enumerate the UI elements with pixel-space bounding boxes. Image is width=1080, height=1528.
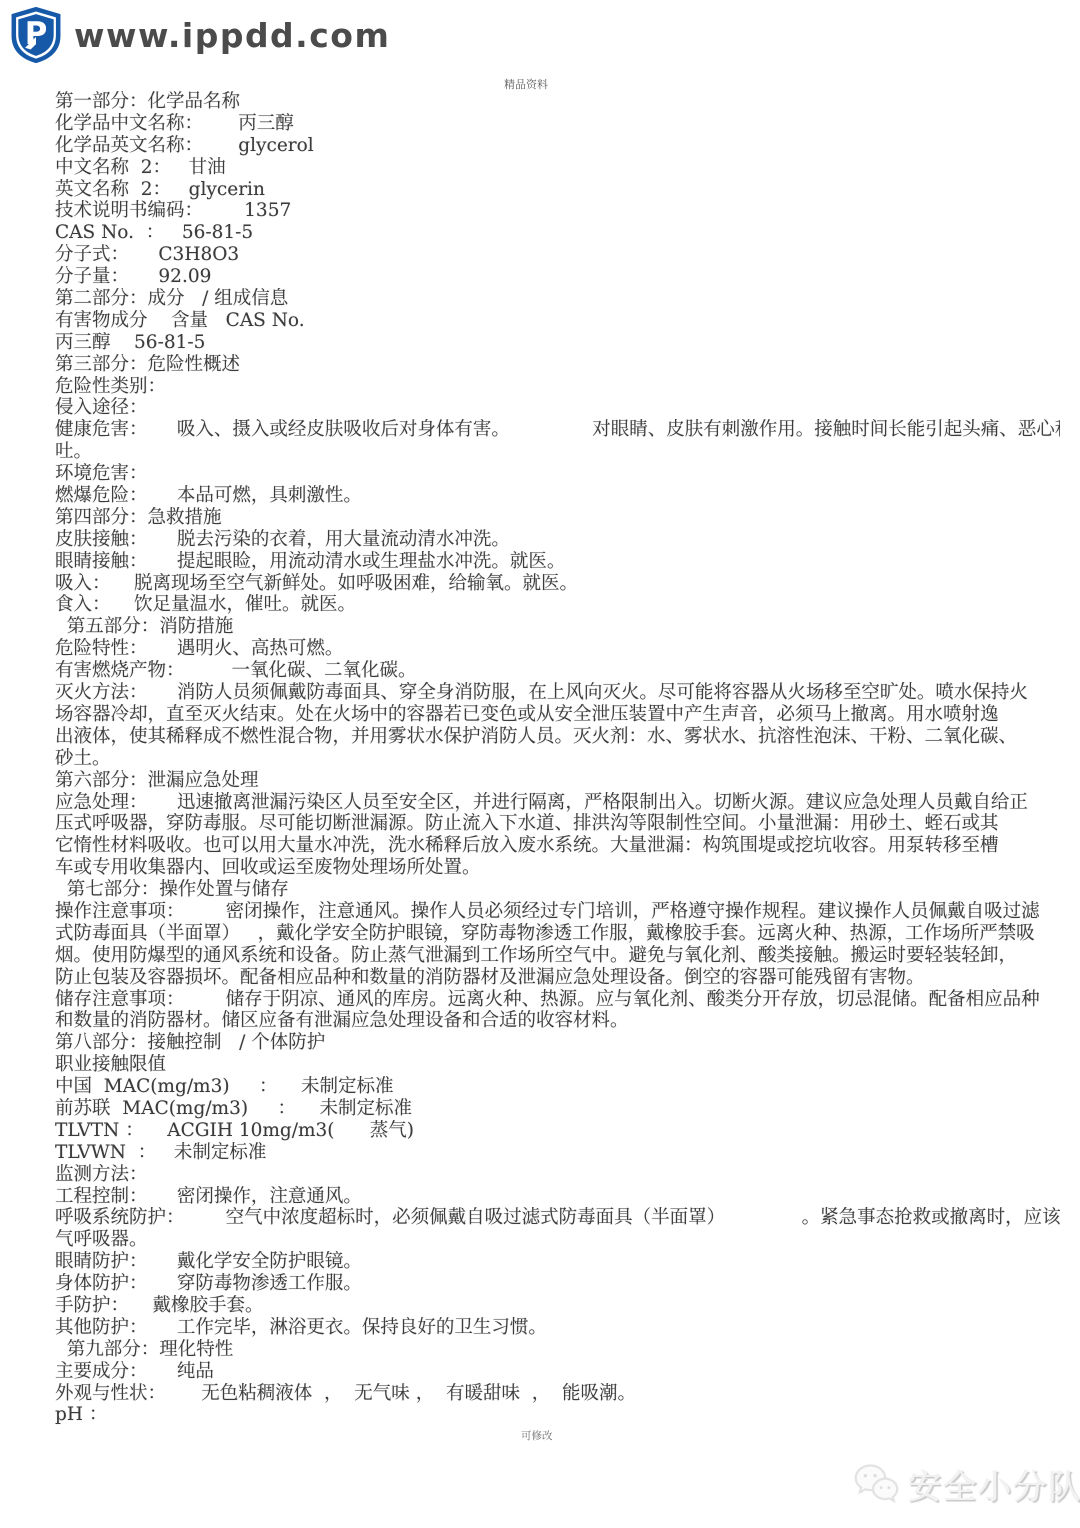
document-line: 压式呼吸器，穿防毒服。尽可能切断泄漏源。防止流入下水道、排洪沟等限制性空间。小量… [55,813,1060,835]
document-line: 手防护： 戴橡胶手套。 [55,1295,1060,1317]
document-line: 眼睛防护： 戴化学安全防护眼镜。 [55,1251,1060,1273]
document-line: 工程控制： 密闭操作，注意通风。 [55,1186,1060,1208]
document-line: 食入： 饮足量温水，催吐。就医。 [55,594,1060,616]
document-line: 职业接触限值 [55,1054,1060,1076]
document-line: CAS No. ： 56-81-5 [55,222,1060,244]
document-line: 化学品中文名称： 丙三醇 [55,113,1060,135]
document-line: pH ： [55,1404,1060,1426]
msds-document-body: 第一部分：化学品名称化学品中文名称： 丙三醇化学品英文名称： glycerol中… [55,91,1060,1426]
document-line: 场容器冷却，直至灭火结束。处在火场中的容器若已变色或从安全泄压装置中产生声音，必… [55,704,1060,726]
document-line: 主要成分： 纯品 [55,1361,1060,1383]
document-line: 呼吸系统防护： 空气中浓度超标时，必须佩戴自吸过滤式防毒面具（半面罩） 。紧急事… [55,1207,1060,1229]
document-line: 操作注意事项： 密闭操作，注意通风。操作人员必须经过专门培训，严格遵守操作规程。… [55,901,1060,923]
document-line: 吸入： 脱离现场至空气新鲜处。如呼吸困难，给输氧。就医。 [55,573,1060,595]
document-line: 眼睛接触： 提起眼睑，用流动清水或生理盐水冲洗。就医。 [55,551,1060,573]
document-line: 外观与性状： 无色粘稠液体 ， 无气味 ， 有暖甜味 ， 能吸潮。 [55,1383,1060,1405]
document-line: TLVTN ： ACGIH 10mg/m3( 蒸气) [55,1120,1060,1142]
document-line: 第六部分：泄漏应急处理 [55,770,1060,792]
document-line: 危险性类别： [55,376,1060,398]
document-line: 健康危害： 吸入、摄入或经皮肤吸收后对身体有害。 对眼睛、皮肤有刺激作用。接触时… [55,419,1060,441]
document-line: 身体防护： 穿防毒物渗透工作服。 [55,1273,1060,1295]
stamp-label: 安全小分队 [908,1461,1080,1508]
document-line: 危险特性： 遇明火、高热可燃。 [55,638,1060,660]
wechat-chat-bubbles-icon [852,1460,900,1508]
document-line: 式防毒面具（半面罩） ，戴化学安全防护眼镜，穿防毒物渗透工作服，戴橡胶手套。远离… [55,923,1060,945]
document-line: 应急处理： 迅速撤离泄漏污染区人员至安全区，并进行隔离，严格限制出入。切断火源。… [55,792,1060,814]
document-line: 化学品英文名称： glycerol [55,135,1060,157]
top-watermark-note: 精品资料 [504,76,548,92]
document-line: 吐。 [55,441,1060,463]
document-line: 中文名称 2： 甘油 [55,157,1060,179]
document-line: 第七部分：操作处置与储存 [55,879,1060,901]
document-line: 中国 MAC(mg/m3) ： 未制定标准 [55,1076,1060,1098]
document-line: 烟。使用防爆型的通风系统和设备。防止蒸气泄漏到工作场所空气中。避免与氧化剂、酸类… [55,945,1060,967]
document-line: 其他防护： 工作完毕，淋浴更衣。保持良好的卫生习惯。 [55,1317,1060,1339]
document-line: 皮肤接触： 脱去污染的衣着，用大量流动清水冲洗。 [55,529,1060,551]
document-line: 监测方法： [55,1164,1060,1186]
document-line: 灭火方法： 消防人员须佩戴防毒面具、穿全身消防服，在上风向灭火。尽可能将容器从火… [55,682,1060,704]
document-line: 第五部分：消防措施 [55,616,1060,638]
document-line: 它惰性材料吸收。也可以用大量水冲洗，洗水稀释后放入废水系统。大量泄漏：构筑围堤或… [55,835,1060,857]
document-line: 第三部分：危险性概述 [55,354,1060,376]
document-line: 和数量的消防器材。储区应备有泄漏应急处理设备和合适的收容材料。 [55,1010,1060,1032]
document-line: 英文名称 2： glycerin [55,179,1060,201]
shield-p-logo-icon: P [8,6,64,64]
document-line: 技术说明书编码： 1357 [55,200,1060,222]
document-line: 丙三醇 56-81-5 [55,332,1060,354]
document-line: 有害燃烧产物： 一氧化碳、二氧化碳。 [55,660,1060,682]
document-line: 车或专用收集器内、回收或运至废物处理场所处置。 [55,857,1060,879]
document-line: 砂土。 [55,748,1060,770]
document-line: 第二部分：成分 / 组成信息 [55,288,1060,310]
document-line: 侵入途径： [55,397,1060,419]
document-line: 分子量： 92.09 [55,266,1060,288]
site-url-text: www.ippdd.com [74,16,390,55]
publisher-stamp: 安全小分队 [852,1455,1062,1513]
document-line: TLVWN ： 未制定标准 [55,1142,1060,1164]
document-line: 前苏联 MAC(mg/m3) ： 未制定标准 [55,1098,1060,1120]
document-line: 第九部分：理化特性 [55,1339,1060,1361]
document-line: 第八部分：接触控制 / 个体防护 [55,1032,1060,1054]
bottom-watermark-note: 可修改 [521,1428,553,1443]
document-line: 燃爆危险： 本品可燃，具刺激性。 [55,485,1060,507]
document-line: 防止包装及容器损坏。配备相应品种和数量的消防器材及泄漏应急处理设备。倒空的容器可… [55,967,1060,989]
document-line: 分子式： C3H8O3 [55,244,1060,266]
document-line: 有害物成分 含量 CAS No. [55,310,1060,332]
document-line: 气呼吸器。 [55,1229,1060,1251]
site-logo: P www.ippdd.com [8,6,390,64]
document-line: 储存注意事项： 储存于阴凉、通风的库房。远离火种、热源。应与氧化剂、酸类分开存放… [55,989,1060,1011]
document-line: 出液体，使其稀释成不燃性混合物，并用雾状水保护消防人员。灭火剂：水、雾状水、抗溶… [55,726,1060,748]
document-line: 第四部分：急救措施 [55,507,1060,529]
document-line: 环境危害： [55,463,1060,485]
document-line: 第一部分：化学品名称 [55,91,1060,113]
